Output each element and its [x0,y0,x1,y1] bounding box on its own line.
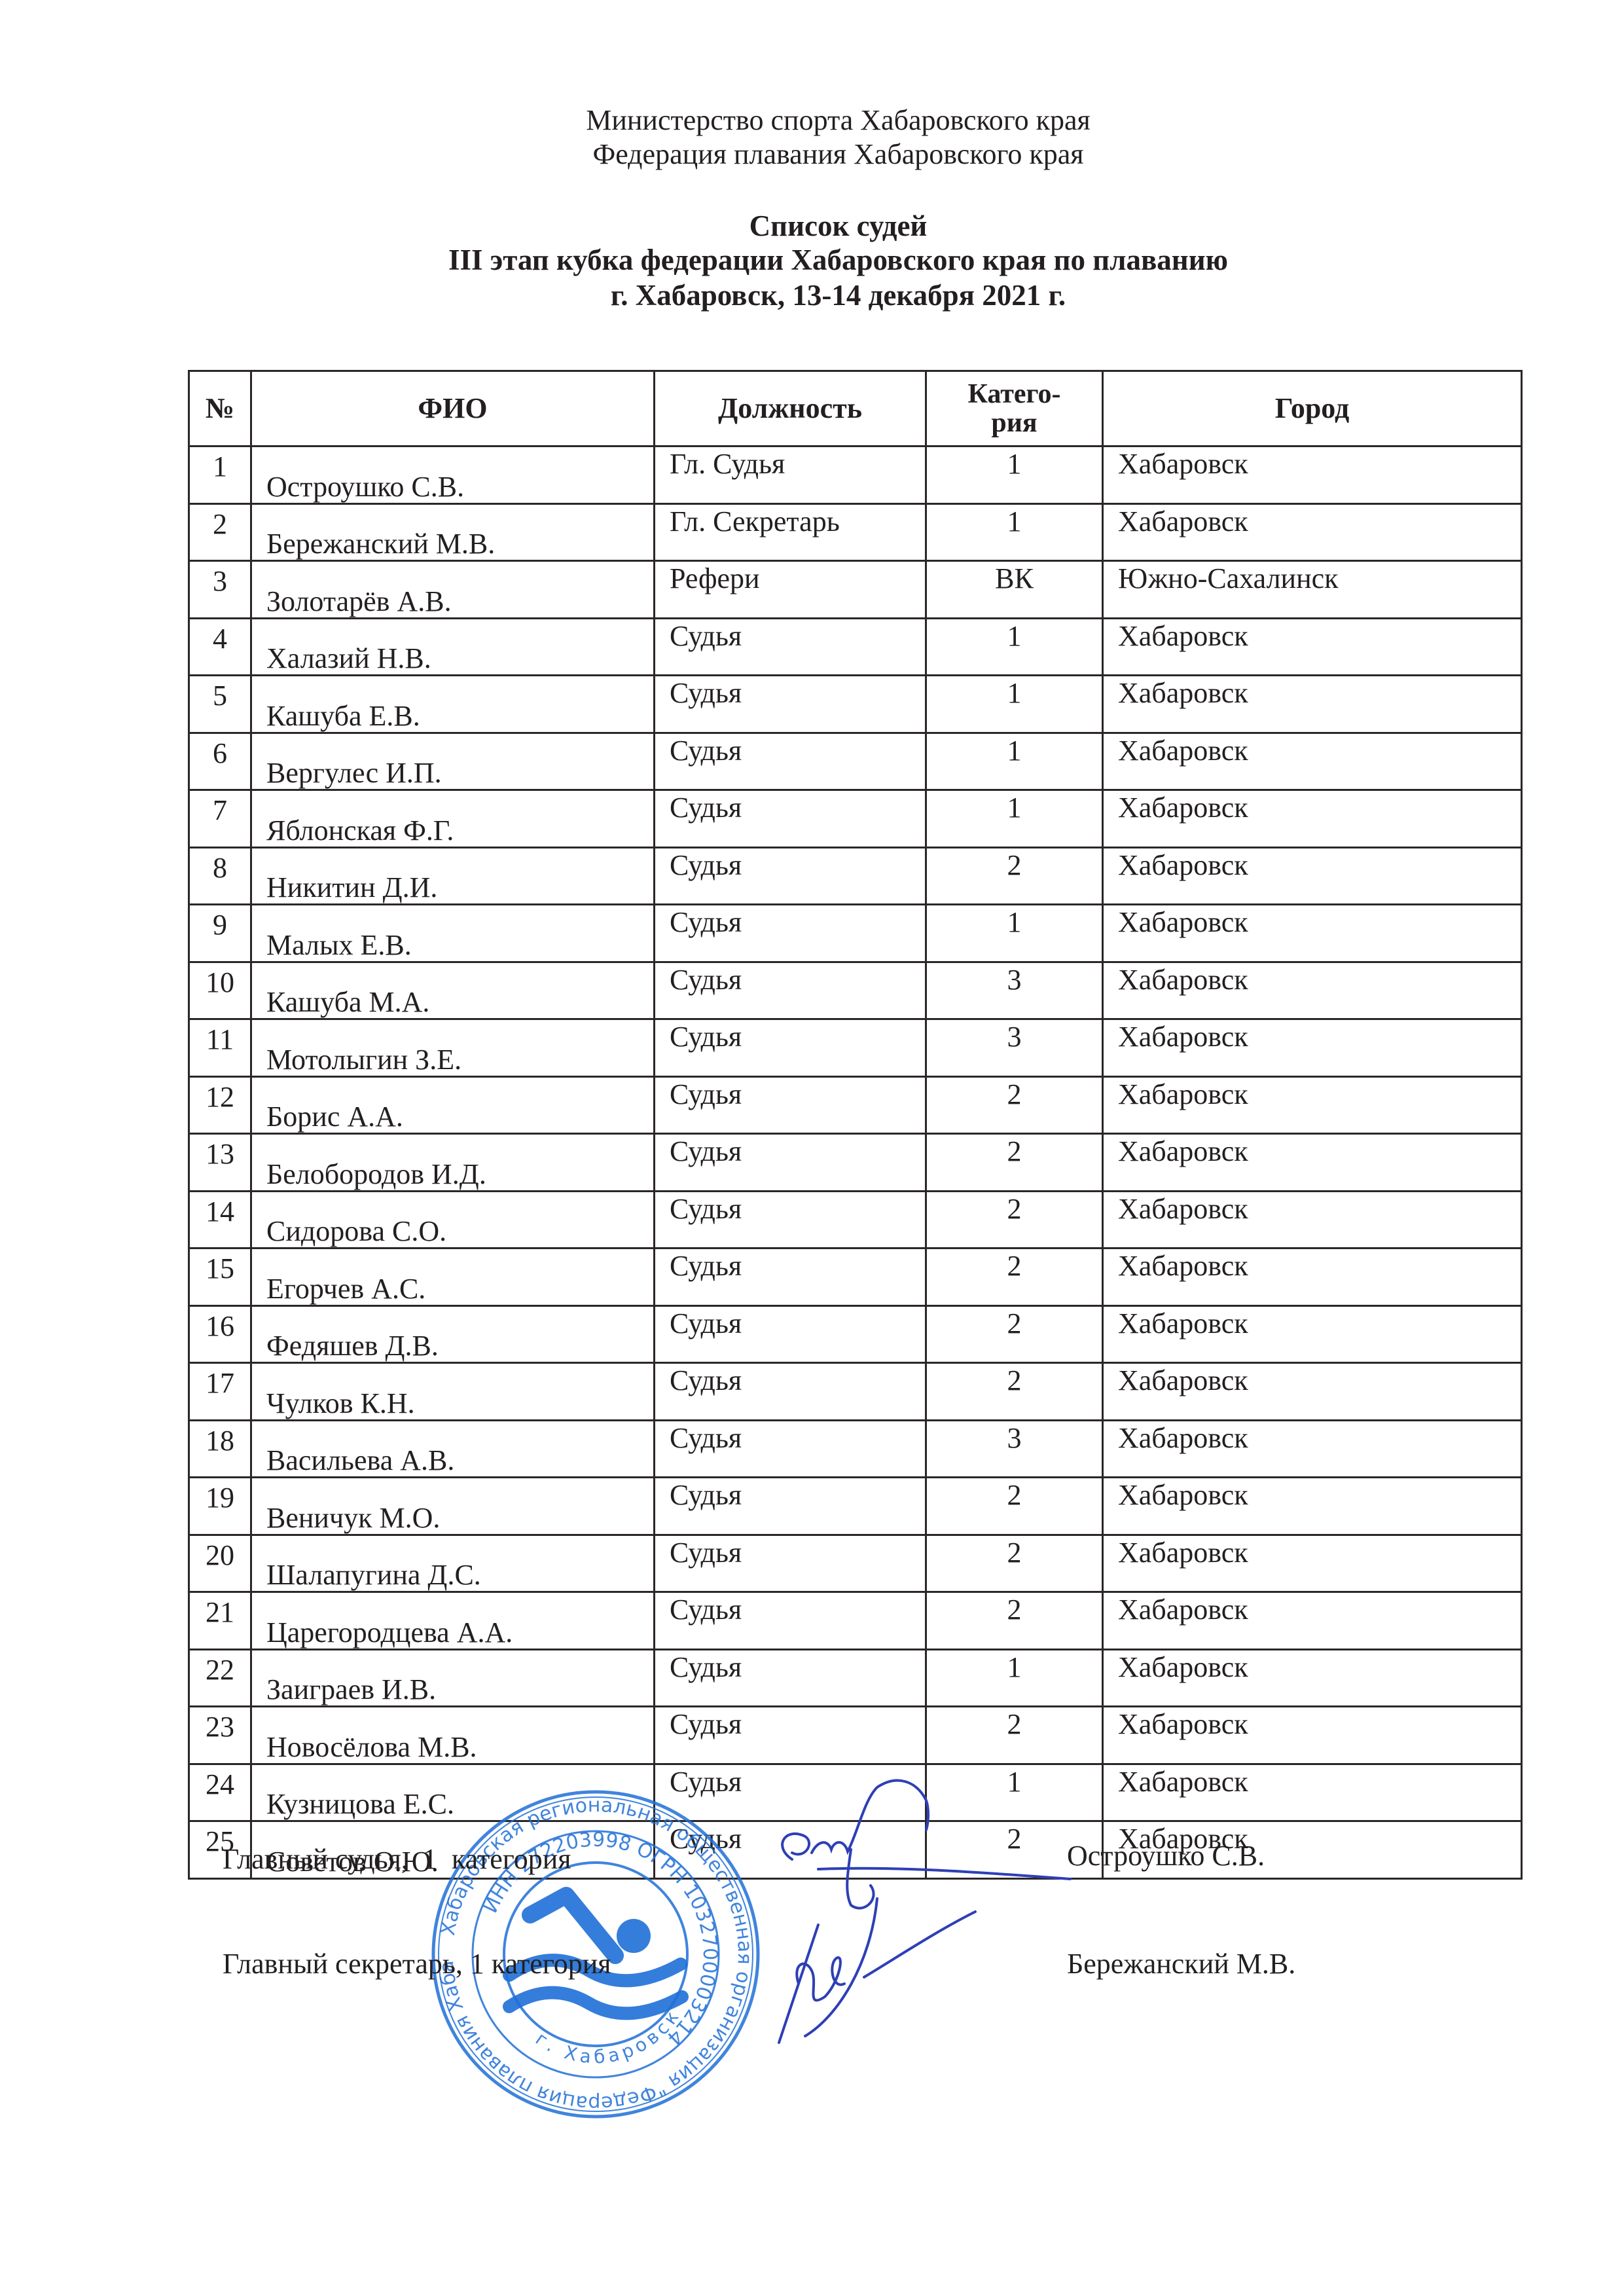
judge-name: Новосёлова М.В. [251,1707,655,1764]
row-number: 21 [189,1592,251,1650]
judge-position: Рефери [655,561,926,619]
judge-category: 2 [926,1592,1103,1650]
judge-position: Судья [655,905,926,962]
chief-secretary-signature [766,1886,1015,2056]
judge-name: Малых Е.В. [251,905,655,962]
column-header-category-part2: рия [991,408,1037,438]
judge-city: Хабаровск [1103,1019,1522,1077]
judge-name: Золотарёв А.В. [251,561,655,619]
judge-category: 1 [926,618,1103,676]
judge-position: Судья [655,790,926,848]
table-row: 20Шалапугина Д.С.Судья2Хабаровск [189,1535,1522,1592]
row-number: 9 [189,905,251,962]
row-number: 3 [189,561,251,619]
judge-category: 3 [926,1019,1103,1077]
judge-position: Судья [655,1134,926,1192]
ministry-heading: Министерство спорта Хабаровского края [26,103,1624,137]
judge-position: Гл. Судья [655,446,926,504]
judge-position: Судья [655,1535,926,1592]
judge-category: 1 [926,905,1103,962]
judge-name: Кашуба М.А. [251,962,655,1019]
judge-position: Судья [655,1076,926,1134]
judge-city: Южно-Сахалинск [1103,561,1522,619]
judge-city: Хабаровск [1103,618,1522,676]
judge-city: Хабаровск [1103,1478,1522,1535]
chief-judge-label: Главный судья, 1 категория [223,1843,571,1876]
table-row: 5Кашуба Е.В.Судья1Хабаровск [189,676,1522,733]
row-number: 20 [189,1535,251,1592]
judge-name: Чулков К.Н. [251,1363,655,1421]
judge-position: Судья [655,1592,926,1650]
row-number: 17 [189,1363,251,1421]
judge-name: Бережанский М.В. [251,503,655,561]
judge-name: Веничук М.О. [251,1478,655,1535]
table-row: 19Веничук М.О.Судья2Хабаровск [189,1478,1522,1535]
judge-position: Судья [655,1649,926,1707]
judge-name: Остроушко С.В. [251,446,655,504]
table-row: 9Малых Е.В.Судья1Хабаровск [189,905,1522,962]
judge-category: 3 [926,962,1103,1019]
judge-position: Судья [655,1305,926,1363]
table-row: 13Белобородов И.Д.Судья2Хабаровск [189,1134,1522,1192]
column-header-position: Должность [655,371,926,446]
column-header-fio: ФИО [251,371,655,446]
table-row: 18Васильева А.В.Судья3Хабаровск [189,1420,1522,1478]
judge-category: 2 [926,1478,1103,1535]
row-number: 10 [189,962,251,1019]
judge-city: Хабаровск [1103,1649,1522,1707]
judge-city: Хабаровск [1103,1707,1522,1764]
row-number: 4 [189,618,251,676]
table-row: 6Вергулес И.П.Судья1Хабаровск [189,733,1522,790]
judge-name: Борис А.А. [251,1076,655,1134]
judge-name: Яблонская Ф.Г. [251,790,655,848]
judge-name: Белобородов И.Д. [251,1134,655,1192]
column-header-city: Город [1103,371,1522,446]
judge-city: Хабаровск [1103,733,1522,790]
federation-heading: Федерация плавания Хабаровского края [26,137,1624,172]
judge-city: Хабаровск [1103,676,1522,733]
judge-name: Федяшев Д.В. [251,1305,655,1363]
chief-secretary-label: Главный секретарь, 1 категория [223,1948,611,1980]
row-number: 18 [189,1420,251,1478]
column-header-number: № [189,371,251,446]
judges-table-body: 1Остроушко С.В.Гл. Судья1Хабаровск2Береж… [189,446,1522,1879]
judge-position: Судья [655,1019,926,1077]
judge-category: 1 [926,503,1103,561]
judge-category: 2 [926,1535,1103,1592]
judge-category: 3 [926,1420,1103,1478]
table-row: 16Федяшев Д.В.Судья2Хабаровск [189,1305,1522,1363]
judge-category: 2 [926,1191,1103,1248]
judge-city: Хабаровск [1103,1420,1522,1478]
judge-category: ВК [926,561,1103,619]
judge-position: Судья [655,1478,926,1535]
judge-position: Судья [655,847,926,905]
judge-name: Вергулес И.П. [251,733,655,790]
judge-category: 2 [926,1076,1103,1134]
row-number: 2 [189,503,251,561]
judge-city: Хабаровск [1103,1305,1522,1363]
column-header-category-part1: Катего- [967,379,1060,409]
row-number: 23 [189,1707,251,1764]
judge-city: Хабаровск [1103,446,1522,504]
judge-position: Судья [655,1363,926,1421]
judges-table: № ФИО Должность Катего- рия Город 1Остро… [188,370,1523,1880]
column-header-category: Катего- рия [926,371,1103,446]
judge-position: Судья [655,676,926,733]
judge-city: Хабаровск [1103,847,1522,905]
judge-position: Судья [655,1420,926,1478]
judge-name: Мотолыгин З.Е. [251,1019,655,1077]
judge-city: Хабаровск [1103,1134,1522,1192]
judge-name: Сидорова С.О. [251,1191,655,1248]
event-place-date: г. Хабаровск, 13-14 декабря 2021 г. [26,278,1624,313]
judge-category: 2 [926,1134,1103,1192]
table-row: 12Борис А.А.Судья2Хабаровск [189,1076,1522,1134]
judge-category: 2 [926,847,1103,905]
row-number: 15 [189,1248,251,1306]
judge-city: Хабаровск [1103,1248,1522,1306]
table-row: 11Мотолыгин З.Е.Судья3Хабаровск [189,1019,1522,1077]
row-number: 8 [189,847,251,905]
judge-name: Халазий Н.В. [251,618,655,676]
table-row: 3Золотарёв А.В.РефериВКЮжно-Сахалинск [189,561,1522,619]
judge-name: Васильева А.В. [251,1420,655,1478]
judge-position: Гл. Секретарь [655,503,926,561]
judge-city: Хабаровск [1103,962,1522,1019]
judge-name: Никитин Д.И. [251,847,655,905]
row-number: 22 [189,1649,251,1707]
table-row: 23Новосёлова М.В.Судья2Хабаровск [189,1707,1522,1764]
judge-category: 2 [926,1363,1103,1421]
row-number: 16 [189,1305,251,1363]
row-number: 1 [189,446,251,504]
judge-city: Хабаровск [1103,1076,1522,1134]
row-number: 14 [189,1191,251,1248]
table-row: 4Халазий Н.В.Судья1Хабаровск [189,618,1522,676]
judge-name: Шалапугина Д.С. [251,1535,655,1592]
judge-category: 2 [926,1707,1103,1764]
judge-position: Судья [655,1707,926,1764]
judge-category: 2 [926,1248,1103,1306]
row-number: 11 [189,1019,251,1077]
row-number: 13 [189,1134,251,1192]
table-row: 14Сидорова С.О.Судья2Хабаровск [189,1191,1522,1248]
judge-name: Царегородцева А.А. [251,1592,655,1650]
judge-position: Судья [655,618,926,676]
judge-name: Кашуба Е.В. [251,676,655,733]
judge-category: 1 [926,1649,1103,1707]
judge-name: Егорчев А.С. [251,1248,655,1306]
table-row: 1Остроушко С.В.Гл. Судья1Хабаровск [189,446,1522,504]
document-title: Список судей [26,208,1624,244]
table-row: 17Чулков К.Н.Судья2Хабаровск [189,1363,1522,1421]
judge-category: 1 [926,676,1103,733]
judge-category: 1 [926,733,1103,790]
chief-secretary-name: Бережанский М.В. [1067,1948,1295,1980]
row-number: 6 [189,733,251,790]
table-row: 7Яблонская Ф.Г.Судья1Хабаровск [189,790,1522,848]
judge-position: Судья [655,962,926,1019]
judge-city: Хабаровск [1103,1535,1522,1592]
table-row: 22Заиграев И.В.Судья1Хабаровск [189,1649,1522,1707]
table-header-row: № ФИО Должность Катего- рия Город [189,371,1522,446]
row-number: 24 [189,1764,251,1821]
judge-city: Хабаровск [1103,503,1522,561]
row-number: 12 [189,1076,251,1134]
table-row: 10Кашуба М.А.Судья3Хабаровск [189,962,1522,1019]
judge-city: Хабаровск [1103,905,1522,962]
table-row: 8Никитин Д.И.Судья2Хабаровск [189,847,1522,905]
judge-position: Судья [655,1191,926,1248]
event-title: III этап кубка федерации Хабаровского кр… [26,242,1624,278]
judge-city: Хабаровск [1103,1191,1522,1248]
judge-category: 2 [926,1305,1103,1363]
judge-position: Судья [655,1248,926,1306]
judge-city: Хабаровск [1103,1363,1522,1421]
judge-name: Заиграев И.В. [251,1649,655,1707]
row-number: 19 [189,1478,251,1535]
judge-city: Хабаровск [1103,790,1522,848]
judge-category: 1 [926,790,1103,848]
table-row: 15Егорчев А.С.Судья2Хабаровск [189,1248,1522,1306]
row-number: 7 [189,790,251,848]
judge-position: Судья [655,733,926,790]
judge-city: Хабаровск [1103,1764,1522,1821]
judge-city: Хабаровск [1103,1592,1522,1650]
table-row: 2Бережанский М.В.Гл. Секретарь1Хабаровск [189,503,1522,561]
row-number: 5 [189,676,251,733]
table-row: 21Царегородцева А.А.Судья2Хабаровск [189,1592,1522,1650]
judge-category: 1 [926,446,1103,504]
